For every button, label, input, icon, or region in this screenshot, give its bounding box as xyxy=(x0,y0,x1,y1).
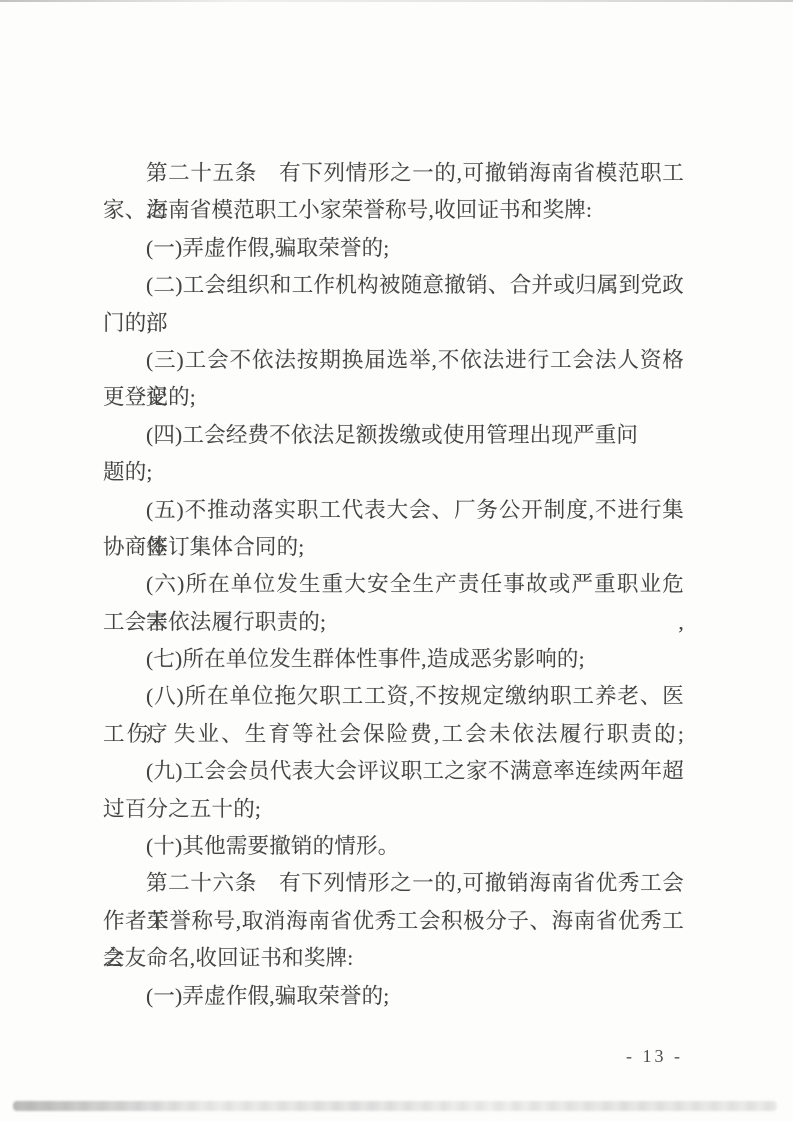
text-line: (六)所在单位发生重大安全生产责任事故或严重职业危害, xyxy=(103,566,684,603)
article-25-heading-line: 第二十五条 有下列情形之一的,可撤销海南省模范职工之 xyxy=(103,155,684,192)
text-line: (九)工会会员代表大会评议职工之家不满意率连续两年超 xyxy=(103,753,684,790)
text-line: (一)弄虚作假,骗取荣誉的; xyxy=(103,978,684,1015)
text-line: (十)其他需要撤销的情形。 xyxy=(103,828,684,865)
text-line: 家、海南省模范职工小家荣誉称号,收回证书和奖牌: xyxy=(103,192,684,229)
document-text-block: 第二十五条 有下列情形之一的,可撤销海南省模范职工之 家、海南省模范职工小家荣誉… xyxy=(103,155,684,1015)
page-number: - 13 - xyxy=(626,1046,683,1067)
text-line: 之友命名,收回证书和奖牌: xyxy=(103,940,684,977)
text-line: 题的; xyxy=(103,454,684,491)
text-line: (三)工会不依法按期换届选举,不依法进行工会法人资格变 xyxy=(103,342,684,379)
text-line: 作者荣誉称号,取消海南省优秀工会积极分子、海南省优秀工会 xyxy=(103,903,684,940)
text-line: (二)工会组织和工作机构被随意撤销、合并或归属到党政部 xyxy=(103,267,684,304)
text-line: 门的; xyxy=(103,305,684,342)
text-line: (一)弄虚作假,骗取荣誉的; xyxy=(103,230,684,267)
scanned-document-page: 第二十五条 有下列情形之一的,可撤销海南省模范职工之 家、海南省模范职工小家荣誉… xyxy=(0,0,793,1121)
text-line: (七)所在单位发生群体性事件,造成恶劣影响的; xyxy=(103,641,684,678)
article-26-heading-line: 第二十六条 有下列情形之一的,可撤销海南省优秀工会工 xyxy=(103,865,684,902)
text-line: 更登记的; xyxy=(103,379,684,416)
text-line: 协商签订集体合同的; xyxy=(103,529,684,566)
text-line: 过百分之五十的; xyxy=(103,791,684,828)
text-line: (五)不推动落实职工代表大会、厂务公开制度,不进行集体 xyxy=(103,492,684,529)
text-line: (八)所在单位拖欠职工工资,不按规定缴纳职工养老、医疗、 xyxy=(103,678,684,715)
text-line: 工伤、失业、生育等社会保险费,工会未依法履行职责的; xyxy=(103,716,684,753)
scan-top-edge-artifact xyxy=(0,0,793,2)
scan-bottom-smudge-artifact xyxy=(13,1101,777,1111)
text-line: (四)工会经费不依法足额拨缴或使用管理出现严重问 xyxy=(103,417,684,454)
